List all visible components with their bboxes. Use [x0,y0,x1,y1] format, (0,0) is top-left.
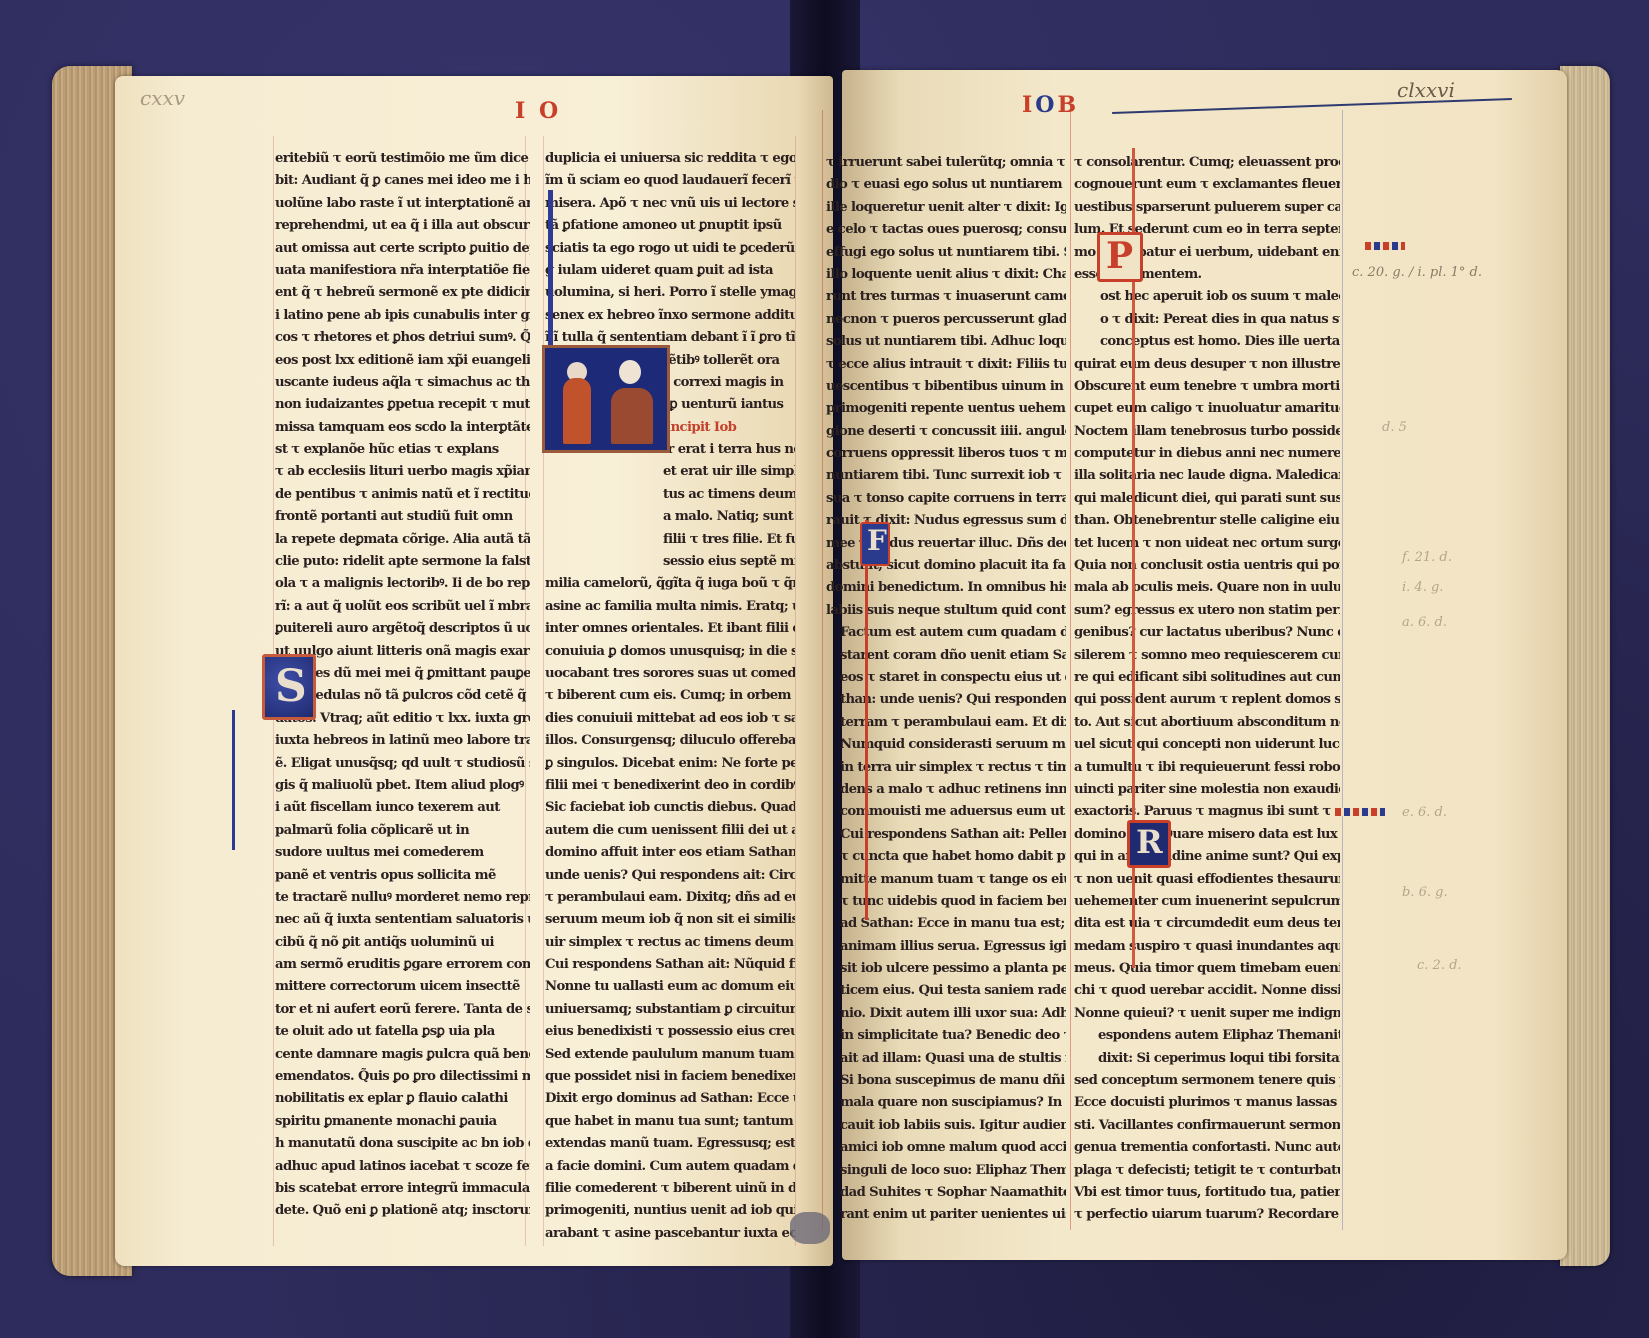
text-line: cos τ rhetores et ꝑhos detriui sumꝰ. Q̃d… [275,327,530,349]
text-line: nec aũ q̃ iuxta sententiam saluatoris uo… [275,909,530,931]
text-line: mittere correctorum uicem insecttẽ [275,976,530,998]
text-line: uehementer cum inuenerint sepulcrum? Vir… [1074,891,1340,913]
text-line: Factum est autem cum quadam die uenissen… [826,622,1066,644]
text-line: Vbi est timor tuus, fortitudo tua, patie… [1074,1182,1340,1204]
text-line: seruum meum iob q̃ non sit ei similis in… [545,909,795,931]
text-line: sed conceptum sermonem tenere quis poter… [1074,1070,1340,1092]
text-line: senex ex hebreo ĩnxo sermone additu ĩ st… [545,305,795,327]
text-line: cupet eum caligo τ inuoluatur amaritudin… [1074,398,1340,420]
text-line: Numquid considerasti seruum meum iob q̃ … [826,734,1066,756]
text-line: dixit: Si ceperimus loqui tibi forsitan … [1074,1048,1340,1070]
text-line: arabant τ asine pascebantur iuxta eos [545,1223,795,1245]
text-line: asine ac familia multa nimis. Eratq; uir… [545,596,795,618]
text-line: Sic faciebat iob cunctis diebus. Quadam [545,797,795,819]
decorated-initial-p: P [1097,232,1143,282]
text-line: filie comederent τ biberent uinũ in domo… [545,1178,795,1200]
text-line: a tumultu τ ibi requieuerunt fessi robor… [1074,757,1340,779]
text-line: uocabant tres sorores suas ut comederent [545,663,795,685]
text-line: spiritu ꝑmanente monachi ꝑauia [275,1111,530,1133]
text-line: domino affuit inter eos etiam Sathan. Cu… [545,842,795,864]
text-line: conceptus est homo. Dies ille uertatur i… [1074,331,1340,353]
text-line: eos post lxx editionẽ iam xp̃i euangelio… [275,350,530,372]
marginal-note: e. 6. d. [1402,805,1447,820]
marginal-note: c. 2. d. [1417,958,1462,973]
text-line: que habet in manu tua sunt; tantum in eu… [545,1111,795,1133]
text-line: frontẽ portanti aut studiũ fuit omn [275,506,530,528]
text-line: dens a malo τ adhuc retinens innocentiam… [826,779,1066,801]
text-line: filii mei τ benedixerint deo in cordibꝰ … [545,775,795,797]
left-folio-number: cxxv [140,86,185,110]
text-line: bit: Audiant q̃ ꝑ canes mei ideo me i ho [275,170,530,192]
initial-flourish [232,710,235,850]
text-line: primogeniti, nuntius uenit ad iob qui di… [545,1200,795,1222]
text-line: et erat uir ille simplex τ rec [545,461,795,483]
text-line: ad Sathan: Ecce in manu tua est; uerumpt… [826,913,1066,935]
text-line: i latino pene ab ipis cunabulis inter gm… [275,305,530,327]
text-line: g iulam uideret quam ꝑuit ad ista [545,260,795,282]
text-line: nobilitatis ex eplar ꝑ flauio calathi [275,1088,530,1110]
text-line: iuxta hebreos in latinũ meo labore trans… [275,730,530,752]
text-line: labiis suis neque stultum quid contra de… [826,600,1066,622]
text-line: que possidet nisi in faciem benedixerit … [545,1066,795,1088]
text-line: exactoris. Paruus τ magnus ibi sunt τ se… [1074,801,1340,823]
text-line: dad Suhites τ Sophar Naamathites. Condix… [826,1182,1066,1204]
left-page: cxxv I O eritebiũ τ eorũ testimõio me ũm… [115,76,833,1266]
text-line: τ irruerunt sabei tulerũtq; omnia τ puer… [826,152,1066,174]
text-line: eius benedixisti τ possessio eius creuit… [545,1021,795,1043]
marginal-note: a. 6. d. [1402,615,1447,630]
marginal-note: i. 4. g. [1402,580,1443,595]
figure-job-head [619,360,641,384]
text-line: Sed extende paululum manum tuam τ tange … [545,1044,795,1066]
text-line: uel sicut qui concepti non uiderunt luce… [1074,734,1340,756]
text-line: τ consolarentur. Cumq; eleuassent procul… [1074,152,1340,174]
text-line: uolumina, si heri. Porro ĩ stelle ymago [545,282,795,304]
text-line: domino suo. Quare misero data est lux τ … [1074,824,1340,846]
text-line: sudore uultus mei comederem [275,842,530,864]
text-line: uestibus sparserunt puluerem super caput… [1074,197,1340,219]
text-line: genua trementia confortasti. Nunc autem … [1074,1137,1340,1159]
text-line: uata manifestiora nr̃a interptatiõe fier [275,260,530,282]
text-line: cauit iob labiis suis. Igitur audientes … [826,1115,1066,1137]
text-line: eritebiũ τ eorũ testimõio me ũm dice ꝑba [275,148,530,170]
text-line: gis q̃ maliuolũ pbet. Item aliud plogꝰ [275,775,530,797]
text-line: bis scatebat errore integrũ immaculatũq;… [275,1178,530,1200]
text-line: sessio eius septẽ milia ouiũ τ tria [545,551,795,573]
decorated-initial-r: R [1127,820,1171,868]
text-line: mala ab oculis meis. Quare non in uulua … [1074,577,1340,599]
text-line: o τ dixit: Pereat dies in qua natus sum … [1074,309,1340,331]
text-line: sit iob ulcere pessimo a planta pedis us… [826,958,1066,980]
text-line: emendatos. Q̃uis ꝑo ꝑro dilectissimi mi [275,1066,530,1088]
text-line: ent q̃ τ hebreũ sermonẽ ex pte didicimꝰ [275,282,530,304]
text-line: corruens oppressit liberos tuos τ mortui… [826,443,1066,465]
text-line: ẽ. Eligat unusq̃sq; qd uult τ studiosũ s… [275,753,530,775]
text-line: cibũ q̃ nõ ꝑit antiq̃s uoluminũ ui [275,932,530,954]
text-line: uniuersamq; substantiam ꝑ circuitum? ope… [545,999,795,1021]
initial-f-stem [865,520,868,920]
text-line: eos τ staret in conspectu eius ut dicere… [826,667,1066,689]
text-line: in simplicitate tua? Benedic deo τ morer… [826,1025,1066,1047]
text-line: non iudaizantes ꝑpetua recepit τ muta [275,394,530,416]
text-line: than: unde uenis? Qui respondens ait: Ci… [826,689,1066,711]
text-line: e celo τ tactas oues puerosq; consumpsit… [826,219,1066,241]
text-line: terram τ perambulaui eam. Et dixit dñs a… [826,712,1066,734]
text-line: qui maledicunt diei, qui parati sunt sus… [1074,488,1340,510]
text-line: Dixit ergo dominus ad Sathan: Ecce uniue… [545,1088,795,1110]
text-line: st τ explanõe hũc etias τ explans [275,439,530,461]
text-line: de pentibus τ animis natũ et ĩ rectitudi… [275,484,530,506]
text-line: la repete deꝑmata cõrige. Alia autã tã e… [275,529,530,551]
text-line: than. Obtenebrentur stelle caligine eius… [1074,510,1340,532]
text-line: τ biberent cum eis. Cumq; in orbem trãsi… [545,685,795,707]
text-line: cente damnare magis ꝑulcra quã bene codi… [275,1044,530,1066]
text-line: unde uenis? Qui respondens ait: Circuiui… [545,865,795,887]
text-line: tor et ni aufert eorũ ferere. Tanta de s… [275,999,530,1021]
text-line: mitte manum tuam τ tange os eius τ carne… [826,869,1066,891]
text-line: a facie domini. Cum autem quadam die fil… [545,1156,795,1178]
text-line: am sermõ eruditis ꝑgare errorem com [275,954,530,976]
text-line: uscante iudeus aq̃la τ simachus ac theod… [275,372,530,394]
text-line: te tractarẽ nulluꝰ morderet nemo reprehe… [275,887,530,909]
text-line: medam suspiro τ quasi inundantes aque si… [1074,936,1340,958]
text-line: chi τ quod uerebar accidit. Nonne dissim… [1074,980,1340,1002]
text-line: effugi ego solus ut nuntiarem tibi. Sed … [826,242,1066,264]
marginal-note: d. 5 [1382,420,1407,435]
text-line: duplicia ei uniuersa sic reddita τ ego [545,148,795,170]
text-line: te oluit ado ut fatella ꝑsꝑ uia pla [275,1021,530,1043]
left-running-head: I O [515,98,561,124]
figure-visitor [563,378,591,444]
text-line: plaga τ defecisti; tetigit te τ conturba… [1074,1160,1340,1182]
text-line: ĩm ũ sciam eo quod laudauerĩ fecerĩ ut d… [545,170,795,192]
text-line: computetur in diebus anni nec numeretur … [1074,443,1340,465]
text-line: uescentibus τ bibentibus uinum in domo f… [826,376,1066,398]
text-line: singuli de loco suo: Eliphaz Themanites … [826,1160,1066,1182]
text-line: re qui edificant sibi solitudines aut cu… [1074,667,1340,689]
text-line: ille loqueretur uenit alter τ dixit: Ign… [826,197,1066,219]
initial-v-stem [548,190,553,350]
text-line: extendas manũ tuam. Egressusq; est Satha… [545,1133,795,1155]
text-line: dete. Quõ eni ꝑ plationẽ atq; insctorum [275,1200,530,1222]
text-line: animam illius serua. Egressus igitur Sat… [826,936,1066,958]
text-line: primogeniti repente uentus uehemens irru… [826,398,1066,420]
text-line: ola τ a malignis lectoribꝰ. Ii de bo rep… [275,573,530,595]
text-line: h manutatũ dona suscipite ac bn iob q̃ [275,1133,530,1155]
text-line: Nonne tu uallasti eum ac domum eius [545,976,795,998]
text-line: filii τ tres filie. Et fuit pos [545,529,795,551]
text-line: autem die cum uenissent filii dei ut ass… [545,820,795,842]
text-line: Cui respondens Sathan ait: Nũquid frustr… [545,954,795,976]
text-line: ait ad illam: Quasi una de stultis mulie… [826,1048,1066,1070]
text-line: Quia non conclusit ostia uentris qui por… [1074,555,1340,577]
text-line: illos. Consurgensq; diluculo offerebat h… [545,730,795,752]
text-line: dita est uia τ circumdedit eum deus tene… [1074,913,1340,935]
text-line: Si bona suscepimus de manu dñi [826,1070,1066,1092]
line-filler [1365,242,1405,250]
text-line: palmarũ folia cõplicarẽ ut in [275,820,530,842]
text-line: espondens autem Eliphaz Themanites [1074,1025,1340,1047]
line-filler [1335,808,1385,816]
text-line: τ tunc uidebis quod in faciem benedicat … [826,891,1066,913]
text-line: in terra uir simplex τ rectus τ timens d… [826,757,1066,779]
left-column-2: duplicia ei uniuersa sic reddita τ egoĩm… [545,148,795,1245]
text-line: τ ab ecclesiis lituri uerbo magis xp̃ian… [275,461,530,483]
text-line: dio τ euasi ego solus ut nuntiarem tibi.… [826,174,1066,196]
text-line: illo loquente uenit alius τ dixit: Chald… [826,264,1066,286]
text-line: silerem τ somno meo requiescerem cum reg… [1074,645,1340,667]
text-line: meus. Quia timor quem timebam euenit mi [1074,958,1340,980]
right-folio-number: clxxvi [1397,78,1455,102]
text-line: dies conuiuii mittebat ad eos iob τ sanc… [545,708,795,730]
text-line: solus ut nuntiarem tibi. Adhuc loquebatu… [826,331,1066,353]
text-line: tã ꝑfatione amoneo ut ꝑnuptit ipsũ [545,215,795,237]
text-line: qui possident aurum τ replent domos suas… [1074,689,1340,711]
text-line: adhuc apud latinos iacebat τ scoze fermo [275,1156,530,1178]
catchword-scroll [1112,98,1512,114]
text-line: τ non uenit quasi effodientes thesaurum … [1074,869,1340,891]
text-line: panẽ et ventris opus sollicita mẽ [275,865,530,887]
marginal-note: b. 6. g. [1402,885,1448,900]
text-line: i aũt fiscellam iunco texerem aut [275,797,530,819]
text-line: ꝑuitereli auro argẽtoq̃ descriptos ũ uci… [275,618,530,640]
text-line: reprehendmi, ut ea q̃ i illa aut obscura [275,215,530,237]
text-line: starent coram dño uenit etiam Sathan int… [826,645,1066,667]
text-line: uolũne labo raste ĩ ut interꝑtationẽ ant… [275,193,530,215]
marginal-note: f. 21. d. [1402,550,1452,565]
text-line: Obscurent eum tenebre τ umbra mortis; oc [1074,376,1340,398]
text-line: genibus? cur lactatus uberibus? Nunc eni… [1074,622,1340,644]
text-line: nio. Dixit autem illi uxor sua: Adhuc tu… [826,1003,1066,1025]
text-line: sum? egressus ex utero non statim perii?… [1074,600,1340,622]
text-line: sua τ tonso capite corruens in terram ad… [826,488,1066,510]
marginal-note: c. 20. g. / i. pl. 1° d. [1352,265,1482,280]
right-column-2: τ consolarentur. Cumq; eleuassent procul… [1074,152,1340,1227]
text-line: illa solitaria nec laude digna. Maledica… [1074,465,1340,487]
bookmark-remnant [790,1212,830,1244]
text-line: aut omissa aut certe scripto ꝑuitio depr… [275,238,530,260]
text-line: misera. Apõ τ nec vnũ uis ui lectore sol… [545,193,795,215]
text-line: Ecce docuisti plurimos τ manus lassas ro… [1074,1092,1340,1114]
text-line: ost hec aperuit iob os suum τ maledixit … [1074,286,1340,308]
text-line: Noctem illam tenebrosus turbo possideat;… [1074,421,1340,443]
text-line: milia camelorũ, q̃gĩta q̃ iuga boũ τ q̃n… [545,573,795,595]
text-line: quirat eum deus desuper τ non illustretu… [1074,354,1340,376]
text-line: rant enim ut pariter uenientes uisitaren… [826,1204,1066,1226]
figure-job [611,388,653,444]
historiated-initial-v [542,345,670,453]
text-line: missa tamquam eos scdo la interꝑtãte ecc… [275,417,530,439]
book-fore-edge-right [1560,66,1610,1266]
text-line: sciatis ta ego rogo ut uidi te ꝑcederũt [545,238,795,260]
text-line: rĩ: a aut q̃ uolũt eos scribũt uel ĩ mbr… [275,596,530,618]
text-line: qui in amaritudine anime sunt? Qui expec… [1074,846,1340,868]
text-line: gione deserti τ concussit iiii. angulos … [826,421,1066,443]
text-line: conuiuia ꝑ domos unusquisq; in die suo. … [545,641,795,663]
text-line: ꝑ singulos. Dicebat enim: Ne forte pecca… [545,753,795,775]
text-line: mala quare non suscipiamus? In omnibus h… [826,1092,1066,1114]
text-line: Nonne quieui? τ uenit super me indignati… [1074,1003,1340,1025]
text-line: sti. Vacillantes confirmauerunt sermones… [1074,1115,1340,1137]
right-page: clxxvi IOB τ irruerunt sabei tulerũtq; o… [842,70,1567,1260]
text-line: tus ac timens deum τ recedens [545,484,795,506]
text-line: Cui respondens Sathan ait: Pellem pro pe… [826,824,1066,846]
text-line: necnon τ pueros percusserunt gladio τ ef… [826,309,1066,331]
illuminated-initial-s: S [262,654,316,720]
decorated-initial-f: F [860,522,890,566]
text-line: ticem eius. Qui testa saniem radebat sed… [826,980,1066,1002]
text-line: τ perambulaui eam. Dixitq; dñs ad eum: N… [545,887,795,909]
text-line: inter omnes orientales. Et ibant filii e… [545,618,795,640]
right-column-1: τ irruerunt sabei tulerũtq; omnia τ puer… [826,152,1066,1227]
text-line: uincti pariter sine molestia non exaudie… [1074,779,1340,801]
text-line: uir simplex τ rectus ac timens deum τ re… [545,932,795,954]
text-line: to. Aut sicut abortiuum absconditum non … [1074,712,1340,734]
text-line: τ cuncta que habet homo dabit pro anima … [826,846,1066,868]
text-line: cognouerunt eum τ exclamantes fleuerunt … [1074,174,1340,196]
text-line: τ perfectio uiarum tuarum? Recordare obs… [1074,1204,1340,1226]
text-line: tet lucem τ non uideat nec ortum surgent… [1074,533,1340,555]
text-line: commouisti me aduersus eum ut affligerem… [826,801,1066,823]
text-line: τ ecce alius intrauit τ dixit: Filiis tu… [826,354,1066,376]
text-line: nuntiarem tibi. Tunc surrexit iob τ scid… [826,465,1066,487]
text-line: a malo. Natiq; sunt ei septẽ [545,506,795,528]
text-line: clie puto: ridelit apte sermone la falst… [275,551,530,573]
text-line: domini benedictum. In omnibus his non pe… [826,577,1066,599]
text-line: amici iob omne malum quod accidisset ei … [826,1137,1066,1159]
text-line: runt tres turmas τ inuaserunt camelos τ … [826,286,1066,308]
